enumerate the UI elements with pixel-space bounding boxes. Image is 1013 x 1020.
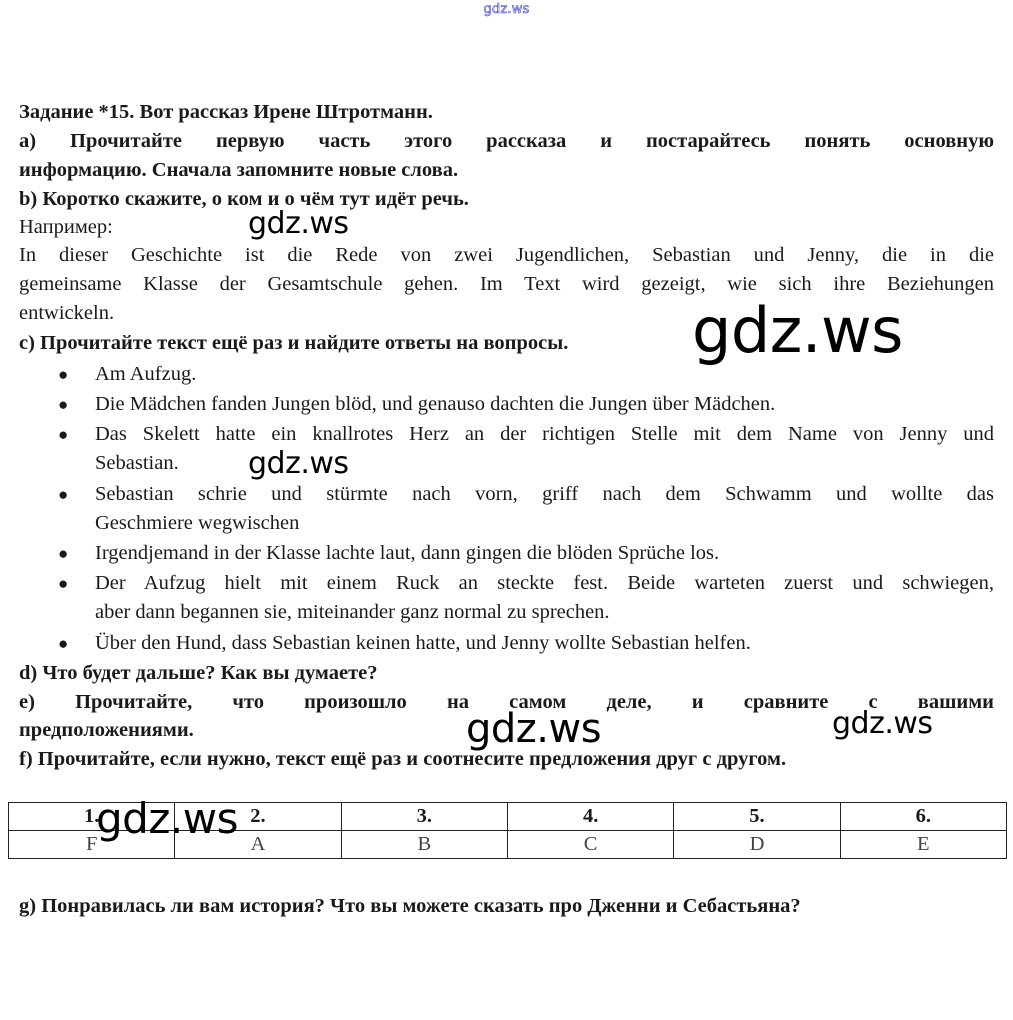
answer-4-line1: Sebastian schrie und stürmte nach vorn, … (95, 480, 994, 509)
bullet-icon: ● (58, 539, 68, 568)
bullet-icon: ● (58, 569, 68, 598)
answer-2: Die Mädchen fanden Jungen blöd, und gena… (95, 390, 994, 419)
answer-3-line2: Sebastian. (95, 449, 994, 478)
bullet-icon: ● (58, 480, 68, 509)
bullet-icon: ● (58, 629, 68, 658)
answer-3-line1: Das Skelett hatte ein knallrotes Herz an… (95, 420, 994, 449)
task-a-line1: а) Прочитайте первую часть этого рассказ… (19, 127, 994, 156)
watermark: gdz.ws (248, 206, 349, 241)
table-header-cell: 6. (840, 803, 1006, 831)
table-cell: D (674, 831, 840, 859)
watermark: gdz.ws (692, 294, 903, 367)
watermark: gdz.ws (248, 446, 349, 481)
table-cell: B (341, 831, 507, 859)
bullet-icon: ● (58, 420, 68, 449)
task-a-line2: информацию. Сначала запомните новые слов… (19, 156, 994, 185)
answer-6-line1: Der Aufzug hielt mit einem Ruck an steck… (95, 569, 994, 598)
task-title: Задание *15. Вот рассказ Ирене Штротманн… (19, 98, 994, 127)
table-header-cell: 4. (507, 803, 673, 831)
watermark-top: gdz.ws (0, 2, 1013, 17)
bullet-icon: ● (58, 360, 68, 389)
table-cell: E (840, 831, 1006, 859)
task-d: d) Что будет дальше? Как вы думаете? (19, 659, 994, 688)
example-label: Например: (19, 213, 994, 242)
task-g: g) Понравилась ли вам история? Что вы мо… (19, 892, 994, 921)
watermark: gdz.ws (96, 794, 238, 843)
answer-7: Über den Hund, dass Sebastian keinen hat… (95, 629, 994, 658)
answer-5: Irgendjemand in der Klasse lachte laut, … (95, 539, 994, 568)
table-cell: C (507, 831, 673, 859)
bullet-icon: ● (58, 390, 68, 419)
table-header-cell: 5. (674, 803, 840, 831)
watermark: gdz.ws (832, 706, 933, 741)
task-b: b) Коротко скажите, о ком и о чём тут ид… (19, 185, 994, 214)
answer-4-line2: Geschmiere wegwischen (95, 509, 994, 538)
watermark: gdz.ws (466, 706, 601, 752)
answer-6-line2: aber dann begannen sie, miteinander ganz… (95, 598, 994, 627)
table-header-cell: 3. (341, 803, 507, 831)
example-line1: In dieser Geschichte ist die Rede von zw… (19, 241, 994, 270)
